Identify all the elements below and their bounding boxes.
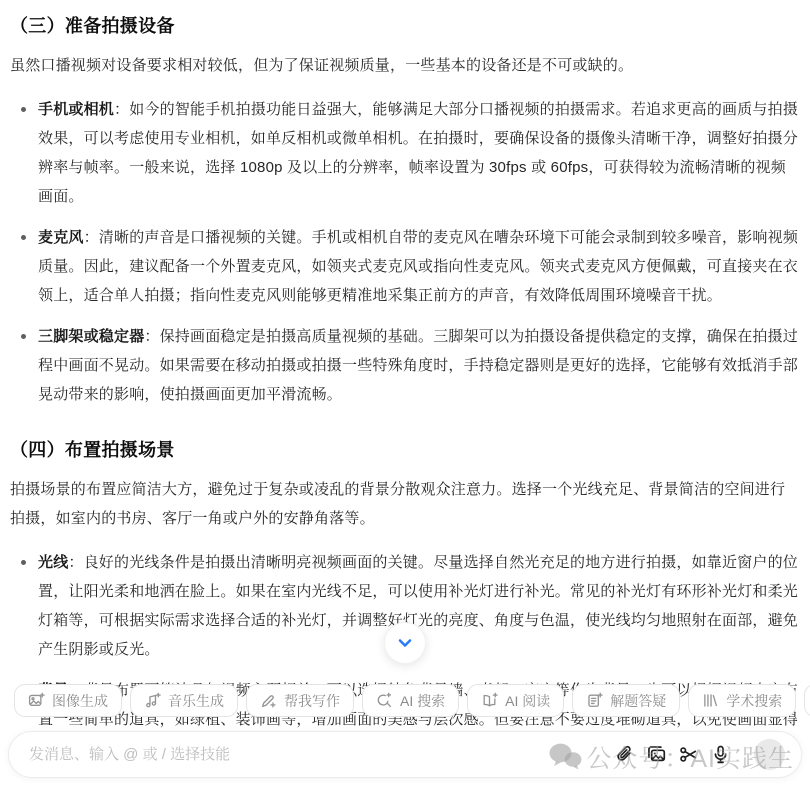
tool-button-label: 图像生成 <box>52 691 108 711</box>
scroll-to-bottom-button[interactable] <box>384 622 426 664</box>
academic-search-button[interactable]: 学术搜索 <box>688 684 796 717</box>
composer-icon-row <box>613 744 731 766</box>
paperclip-icon[interactable] <box>613 744 635 766</box>
write-help-button[interactable]: 帮我写作 <box>246 684 354 717</box>
message-composer <box>8 731 802 778</box>
music-generate-icon <box>144 692 161 709</box>
image-generate-button[interactable]: 图像生成 <box>14 684 122 717</box>
tool-button-label: AI 搜索 <box>400 691 445 711</box>
section-intro-3: 虽然口播视频对设备要求相对较低，但为了保证视频质量，一些基本的设备还是不可或缺的… <box>10 51 800 80</box>
music-generate-button[interactable]: 音乐生成 <box>130 684 238 717</box>
ai-search-button[interactable]: AI 搜索 <box>362 684 459 717</box>
ai-read-icon <box>481 692 498 709</box>
more-button[interactable]: 更多 <box>804 684 810 717</box>
solve-questions-icon <box>586 692 603 709</box>
send-button[interactable] <box>754 739 785 770</box>
solve-questions-button[interactable]: 解题答疑 <box>572 684 680 717</box>
list-item-text: ：保持画面稳定是拍摄高质量视频的基础。三脚架可以为拍摄设备提供稳定的支撑，确保在… <box>38 328 798 403</box>
equipment-list: 手机或相机：如今的智能手机拍摄功能日益强大，能够满足大部分口播视频的拍摄需求。若… <box>10 95 800 409</box>
list-item-term: 光线 <box>38 554 68 571</box>
chevron-down-icon <box>395 633 415 653</box>
tool-button-label: 帮我写作 <box>284 691 340 711</box>
tool-button-label: 音乐生成 <box>168 691 224 711</box>
list-item-term: 手机或相机 <box>38 101 114 118</box>
tool-button-label: AI 阅读 <box>505 691 550 711</box>
list-item: 手机或相机：如今的智能手机拍摄功能日益强大，能够满足大部分口播视频的拍摄需求。若… <box>10 95 800 211</box>
tool-button-label: 解题答疑 <box>610 691 666 711</box>
list-item-text: ：如今的智能手机拍摄功能日益强大，能够满足大部分口播视频的拍摄需求。若追求更高的… <box>38 101 798 205</box>
ai-search-icon <box>376 692 393 709</box>
image-generate-icon <box>28 692 45 709</box>
scissors-icon[interactable] <box>677 744 699 766</box>
section-intro-4: 拍摄场景的布置应简洁大方，避免过于复杂或凌乱的背景分散观众注意力。选择一个光线充… <box>10 475 800 533</box>
write-pen-icon <box>260 692 277 709</box>
list-item-text: ：清晰的声音是口播视频的关键。手机或相机自带的麦克风在嘈杂环境下可能会录制到较多… <box>38 229 798 304</box>
photos-icon[interactable] <box>645 744 667 766</box>
section-heading-4: （四）布置拍摄场景 <box>10 436 800 462</box>
list-item-term: 三脚架或稳定器 <box>38 328 144 345</box>
skill-toolbar: 图像生成 音乐生成 帮我写作 AI 搜索 AI 阅读 解题答疑 学术搜索 <box>0 684 810 717</box>
list-item: 麦克风：清晰的声音是口播视频的关键。手机或相机自带的麦克风在嘈杂环境下可能会录制… <box>10 223 800 310</box>
list-item: 三脚架或稳定器：保持画面稳定是拍摄高质量视频的基础。三脚架可以为拍摄设备提供稳定… <box>10 322 800 409</box>
message-input[interactable] <box>29 746 613 763</box>
section-heading-3: （三）准备拍摄设备 <box>10 12 800 38</box>
ai-read-button[interactable]: AI 阅读 <box>467 684 564 717</box>
microphone-icon[interactable] <box>709 744 731 766</box>
tool-button-label: 学术搜索 <box>726 691 782 711</box>
academic-search-icon <box>702 692 719 709</box>
list-item-term: 麦克风 <box>38 229 84 246</box>
